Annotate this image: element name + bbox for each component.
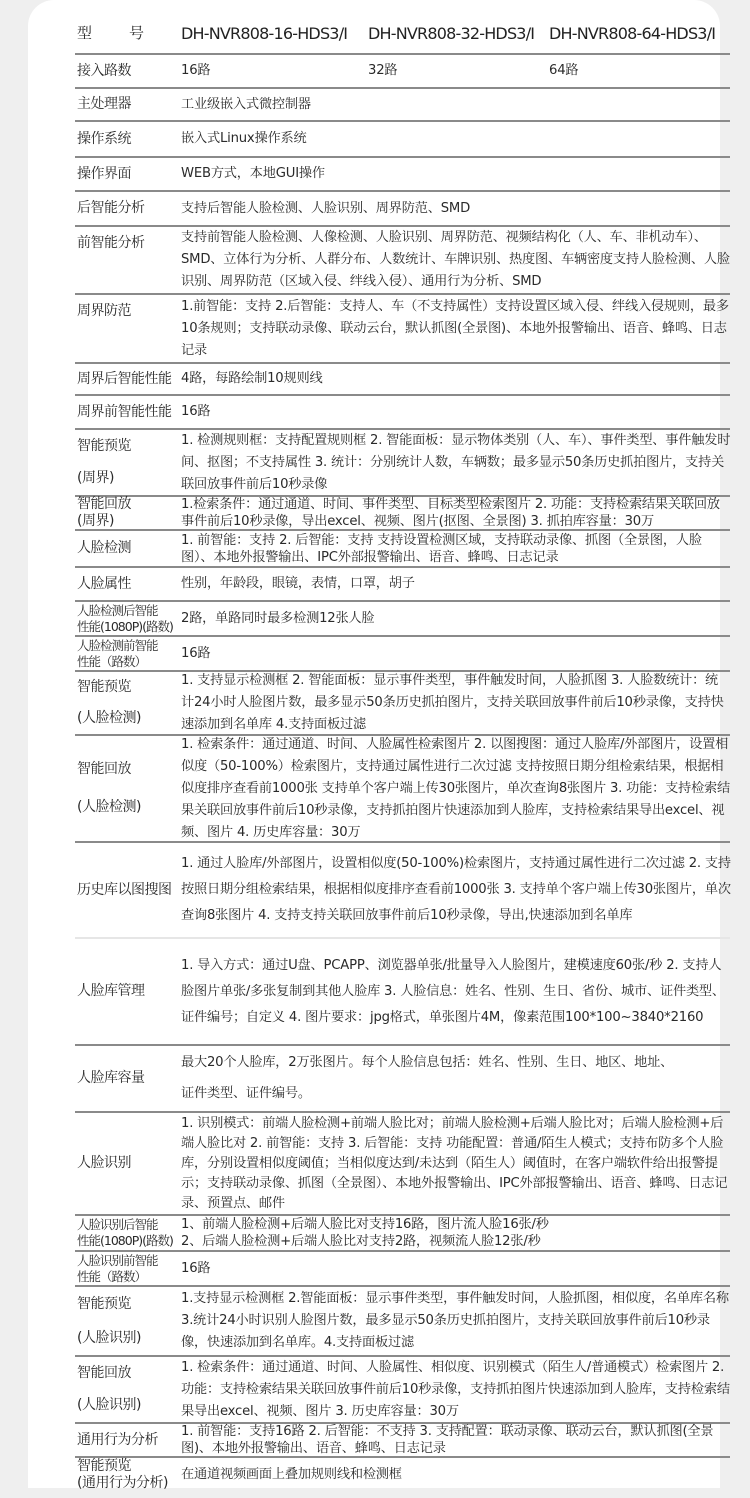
row-value: 1、前端人脸检测+后端人脸比对支持16路，图片流人脸16张/秒 2、后端人脸检测… (181, 1216, 731, 1250)
row-label: 人脸识别后智能 性能(1080P)(路数) (77, 1216, 177, 1250)
spec-row: 周界前智能性能 16路 (75, 396, 730, 430)
row-value: 2路，单路同时最多检测12张人脸 (181, 602, 731, 635)
spec-row: 人脸库容量 最大20个人脸库，2万张图片。每个人脸信息包括：姓名、性别、生日、地… (75, 1046, 730, 1113)
row-label: 智能预览 (人脸检测) (77, 672, 177, 734)
row-value: 最大20个人脸库，2万张图片。每个人脸信息包括：姓名、性别、生日、地区、地址、 … (181, 1046, 731, 1111)
row-label: 人脸检测后智能 性能(1080P)(路数) (77, 602, 177, 635)
spec-row: 周界后智能性能 4路，每路绘制10规则线 (75, 364, 730, 396)
row-label: 主处理器 (77, 89, 177, 120)
spec-row: 历史库以图搜图 1. 通过人脸库/外部图片，设置相似度(50-100%)检索图片… (75, 843, 730, 939)
row-label: 操作系统 (77, 122, 177, 156)
row-label: 人脸检测 (77, 531, 177, 566)
spec-row: 周界防范 1.前智能：支持 2.后智能：支持人、车（不支持属性）支持设置区域入侵… (75, 295, 730, 364)
spec-row: 人脸识别后智能 性能(1080P)(路数) 1、前端人脸检测+后端人脸比对支持1… (75, 1216, 730, 1252)
row-label: 后智能分析 (77, 192, 177, 225)
row-label: 通用行为分析 (77, 1424, 177, 1456)
row-value: 1. 支持显示检测框 2. 智能面板：显示事件类型，事件触发时间，人脸抓图 3.… (181, 672, 731, 734)
row-value: 1.前智能：支持 2.后智能：支持人、车（不支持属性）支持设置区域入侵、绊线入侵… (181, 295, 731, 362)
row-value: 4路，每路绘制10规则线 (181, 364, 731, 394)
row-value: 1. 检索条件：通过通道、时间、人脸属性检索图片 2. 以图搜图：通过人脸库/外… (181, 736, 731, 841)
row-value: 1.支持显示检测框 2.智能面板：显示事件类型，事件触发时间，人脸抓图，相似度，… (181, 1287, 731, 1355)
spec-card: 型 号 DH-NVR808-16-HDS3/I DH-NVR808-32-HDS… (28, 0, 720, 1488)
spec-row: 智能回放 (周界) 1.检索条件：通过通道、时间、事件类型、目标类型检索图片 2… (75, 497, 730, 531)
row-label: 智能预览 (人脸识别) (77, 1287, 177, 1355)
model-header-row: 型 号 DH-NVR808-16-HDS3/I DH-NVR808-32-HDS… (75, 14, 730, 55)
spec-row: 智能预览 (通用行为分析) 在通道视频画面上叠加规则线和检测框 (75, 1458, 730, 1488)
row-value: WEB方式，本地GUI操作 (181, 158, 731, 190)
spec-row: 操作系统 嵌入式Linux操作系统 (75, 122, 730, 158)
spec-row: 智能预览 (人脸识别) 1.支持显示检测框 2.智能面板：显示事件类型，事件触发… (75, 1287, 730, 1357)
row-value: 1. 前智能：支持 2. 后智能：支持 支持设置检测区域，支持联动录像、抓图（全… (181, 531, 731, 566)
spec-row: 人脸识别 1. 识别模式：前端人脸检测+前端人脸比对；前端人脸检测+后端人脸比对… (75, 1113, 730, 1216)
spec-row: 通用行为分析 1. 前智能：支持16路 2. 后智能：不支持 3. 支持配置：联… (75, 1424, 730, 1458)
row-value: 1. 检索条件：通过通道、时间、人脸属性、相似度、识别模式（陌生人/普通模式）检… (181, 1357, 731, 1422)
spec-row: 操作界面 WEB方式，本地GUI操作 (75, 158, 730, 192)
row-value: 支持后智能人脸检测、人脸识别、周界防范、SMD (181, 192, 731, 225)
row-label: 智能回放 (周界) (77, 497, 177, 529)
row-label: 智能回放 (人脸检测) (77, 736, 177, 841)
row-value: 16路 (181, 637, 731, 670)
row-label: 历史库以图搜图 (77, 843, 177, 937)
row-label: 智能回放 (人脸识别) (77, 1357, 177, 1422)
row-value: 1. 通过人脸库/外部图片，设置相似度(50-100%)检索图片，支持通过属性进… (181, 843, 731, 937)
row-label: 人脸属性 (77, 568, 177, 600)
model-64: DH-NVR808-64-HDS3/I (549, 23, 731, 45)
row-value: 1. 导入方式：通过U盘、PCAPP、浏览器单张/批量导入人脸图片，建模速度60… (181, 939, 731, 1044)
spec-row: 智能预览 (周界) 1. 检测规则框：支持配置规则框 2. 智能面板：显示物体类… (75, 430, 730, 497)
row-value: 嵌入式Linux操作系统 (181, 122, 731, 156)
model-16: DH-NVR808-16-HDS3/I (181, 23, 368, 45)
row-label: 前智能分析 (77, 227, 177, 252)
row-value: 1. 识别模式：前端人脸检测+前端人脸比对；前端人脸检测+后端人脸比对；后端人脸… (181, 1113, 731, 1214)
spec-row: 人脸识别前智能 性能（路数） 16路 (75, 1252, 730, 1287)
row-value: 在通道视频画面上叠加规则线和检测框 (181, 1458, 731, 1488)
model-32: DH-NVR808-32-HDS3/I (368, 23, 549, 45)
spec-row: 人脸库管理 1. 导入方式：通过U盘、PCAPP、浏览器单张/批量导入人脸图片，… (75, 939, 730, 1046)
row-label: 人脸库管理 (77, 939, 177, 1044)
spec-row: 人脸属性 性别，年龄段，眼镜，表情，口罩，胡子 (75, 568, 730, 602)
row-value: 1.检索条件：通过通道、时间、事件类型、目标类型检索图片 2. 功能：支持检索结… (181, 497, 731, 529)
row-label: 周界后智能性能 (77, 364, 177, 394)
spec-row: 人脸检测后智能 性能(1080P)(路数) 2路，单路同时最多检测12张人脸 (75, 602, 730, 637)
row-label: 周界前智能性能 (77, 396, 177, 428)
spec-row: 智能回放 (人脸识别) 1. 检索条件：通过通道、时间、人脸属性、相似度、识别模… (75, 1357, 730, 1424)
row-label: 智能预览 (周界) (77, 430, 177, 495)
channels-row: 接入路数 16路 32路 64路 (75, 55, 730, 89)
spec-row: 后智能分析 支持后智能人脸检测、人脸识别、周界防范、SMD (75, 192, 730, 227)
row-label: 人脸识别 (77, 1113, 177, 1214)
row-value: 16路 (181, 1252, 731, 1285)
spec-row: 主处理器 工业级嵌入式微控制器 (75, 89, 730, 122)
row-value: 16路 (181, 396, 731, 428)
row-value: 支持前智能人脸检测、人像检测、人脸识别、周界防范、视频结构化（人、车、非机动车）… (181, 227, 731, 293)
spec-row: 人脸检测前智能 性能（路数） 16路 (75, 637, 730, 672)
row-value: 工业级嵌入式微控制器 (181, 89, 731, 120)
row-label: 周界防范 (77, 295, 177, 320)
row-label: 智能预览 (通用行为分析) (77, 1458, 177, 1488)
row-label: 操作界面 (77, 158, 177, 190)
row-label: 人脸识别前智能 性能（路数） (77, 1252, 177, 1285)
row-label: 人脸检测前智能 性能（路数） (77, 637, 177, 670)
model-label: 型 号 (77, 14, 177, 53)
spec-row: 前智能分析 支持前智能人脸检测、人像检测、人脸识别、周界防范、视频结构化（人、车… (75, 227, 730, 295)
row-label: 接入路数 (77, 55, 177, 87)
row-value: 1. 检测规则框：支持配置规则框 2. 智能面板：显示物体类别（人、车）、事件类… (181, 430, 731, 495)
row-value: 性别，年龄段，眼镜，表情，口罩，胡子 (181, 568, 731, 600)
spec-row: 智能预览 (人脸检测) 1. 支持显示检测框 2. 智能面板：显示事件类型，事件… (75, 672, 730, 736)
row-value: 1. 前智能：支持16路 2. 后智能：不支持 3. 支持配置：联动录像、联动云… (181, 1424, 731, 1456)
spec-row: 人脸检测 1. 前智能：支持 2. 后智能：支持 支持设置检测区域，支持联动录像… (75, 531, 730, 568)
row-label: 人脸库容量 (77, 1046, 177, 1111)
spec-row: 智能回放 (人脸检测) 1. 检索条件：通过通道、时间、人脸属性检索图片 2. … (75, 736, 730, 843)
